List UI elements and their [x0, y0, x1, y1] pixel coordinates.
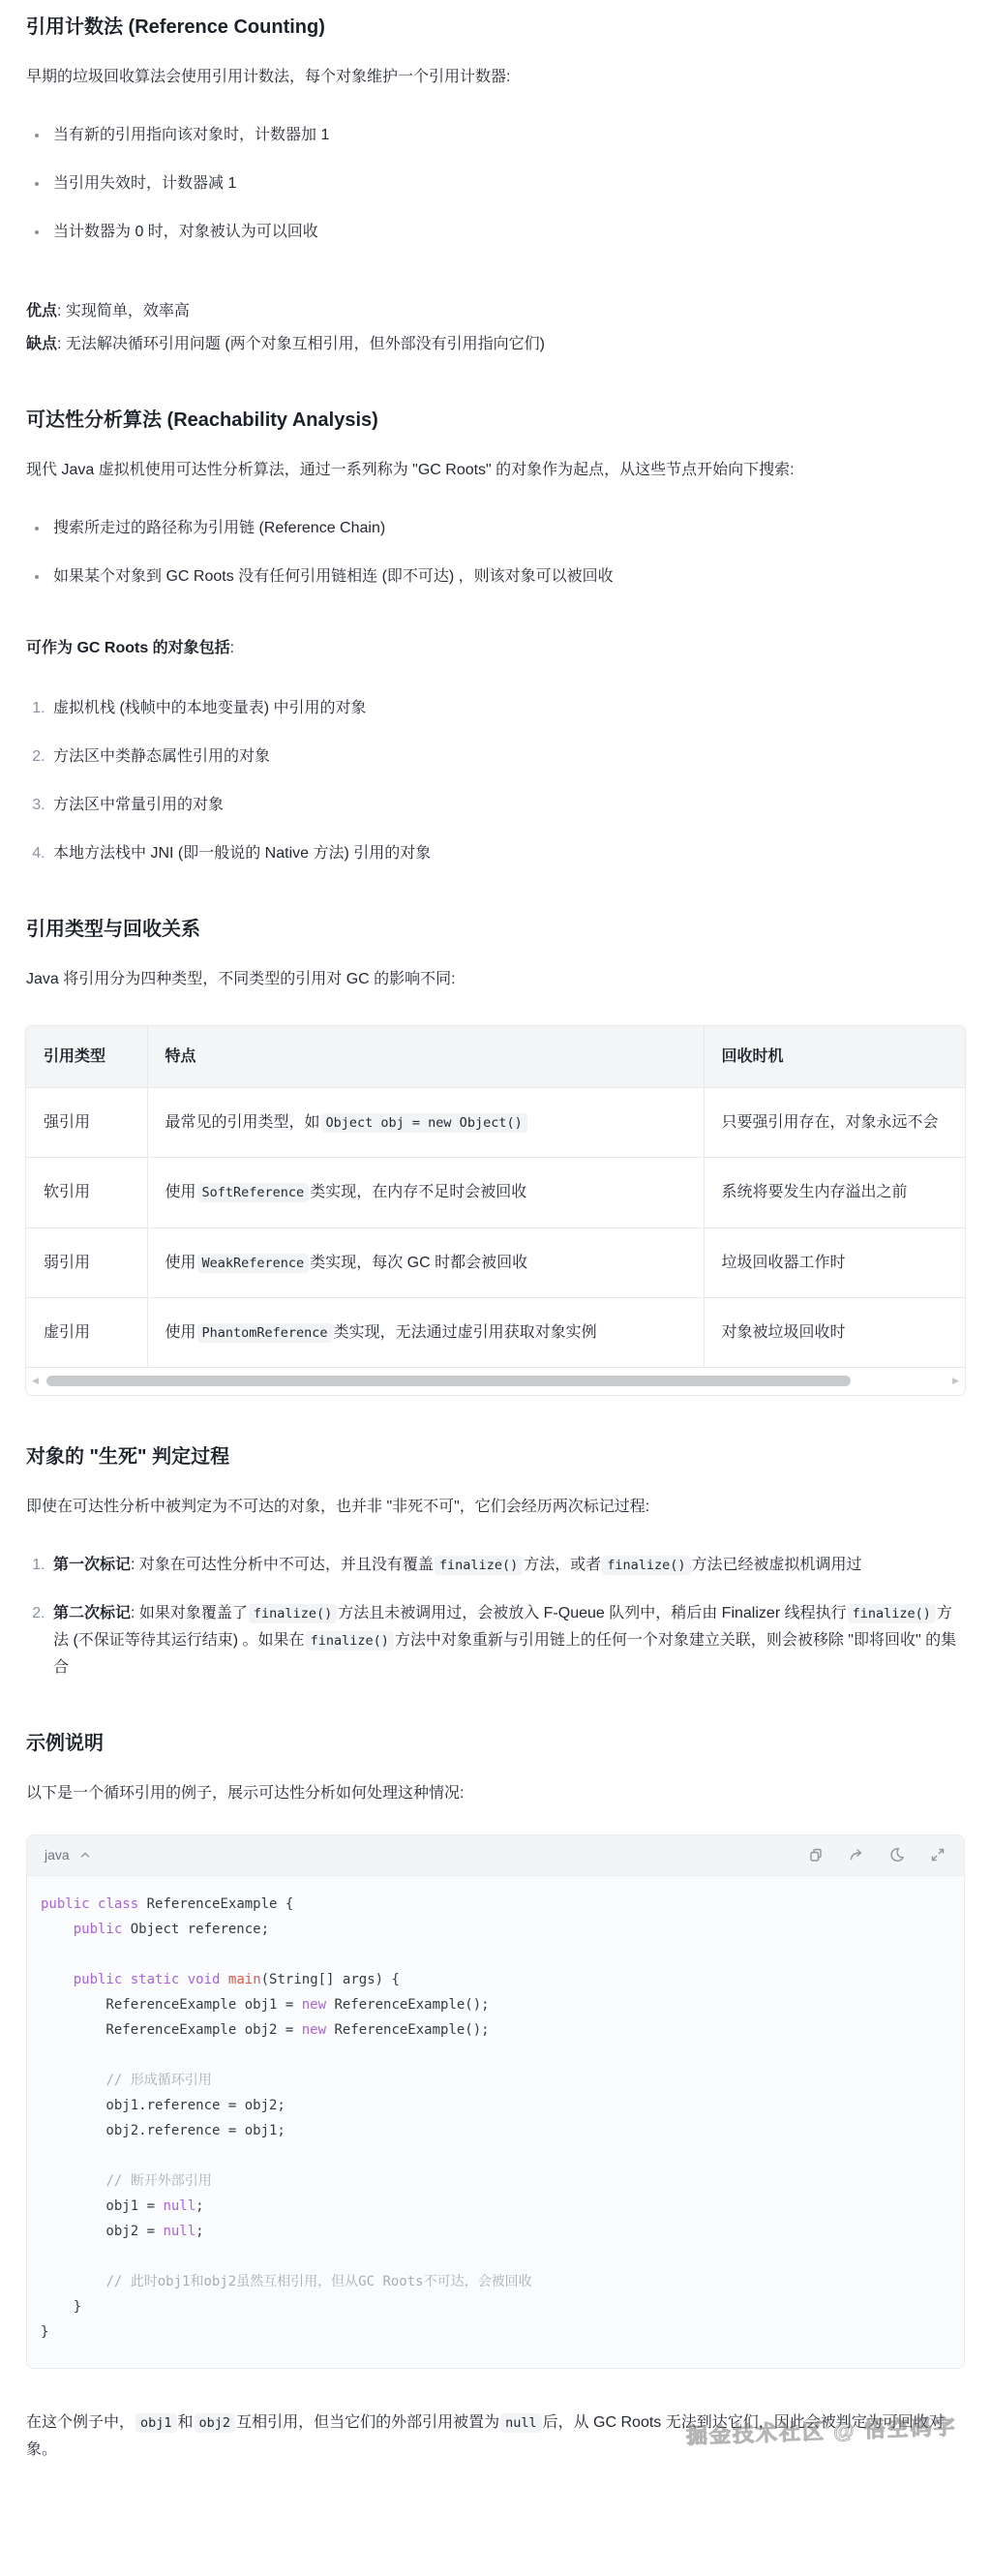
code-line: obj2 = null; [41, 2219, 950, 2244]
article-content: 引用计数法 (Reference Counting) 早期的垃圾回收算法会使用引… [0, 0, 991, 2489]
table-row: 软引用 使用SoftReference类实现，在内存不足时会被回收 系统将要发生… [26, 1158, 965, 1227]
expand-icon[interactable] [929, 1846, 946, 1864]
list-item: 方法区中类静态属性引用的对象 [49, 743, 965, 771]
cons-line: 缺点: 无法解决循环引用问题 (两个对象互相引用，但外部没有引用指向它们) [26, 331, 965, 358]
forward-arrow-icon[interactable] [848, 1846, 865, 1864]
list-item: 方法区中常量引用的对象 [49, 792, 965, 819]
code-line [41, 2143, 950, 2168]
reachability-intro: 现代 Java 虚拟机使用可达性分析算法，通过一系列称为 "GC Roots" … [26, 457, 965, 484]
pros-line: 优点: 实现简单，效率高 [26, 298, 965, 325]
cell-timing: 只要强引用存在，对象永远不会 [704, 1088, 965, 1158]
list-item: 本地方法栈中 JNI (即一般说的 Native 方法) 引用的对象 [49, 840, 965, 867]
code-line: ReferenceExample obj1 = new ReferenceExa… [41, 1992, 950, 2017]
code-block: java public class Referenc [26, 1834, 965, 2369]
column-header-timing: 回收时机 [704, 1026, 965, 1088]
code-line: // 形成循环引用 [41, 2068, 950, 2093]
code-line [41, 2043, 950, 2068]
section-title-lifecycle: 对象的 "生死" 判定过程 [26, 1443, 965, 1470]
cell-feature: 使用WeakReference类实现，每次 GC 时都会被回收 [147, 1227, 704, 1297]
gc-roots-label: 可作为 GC Roots 的对象包括: [26, 635, 965, 662]
outro-paragraph: 在这个例子中，obj1和obj2互相引用，但当它们的外部引用被置为null后，从… [26, 2409, 965, 2464]
moon-icon[interactable] [888, 1846, 906, 1864]
code-line: } [41, 2319, 950, 2345]
code-line: obj2.reference = obj1; [41, 2118, 950, 2143]
code-language-label: java [45, 1843, 70, 1867]
list-item: 第一次标记: 对象在可达性分析中不可达，并且没有覆盖finalize()方法，或… [49, 1552, 965, 1579]
outro-section: 在这个例子中，obj1和obj2互相引用，但当它们的外部引用被置为null后，从… [26, 2409, 965, 2464]
column-header-type: 引用类型 [26, 1026, 147, 1088]
cell-ref-type: 强引用 [26, 1088, 147, 1158]
list-item: 如果某个对象到 GC Roots 没有任何引用链相连 (即不可达) ，则该对象可… [49, 563, 965, 591]
horizontal-scrollbar[interactable]: ◀ ▶ [26, 1368, 965, 1395]
reference-table: 引用类型 特点 回收时机 强引用 最常见的引用类型，如Object obj = … [26, 1026, 965, 1368]
cell-feature: 使用SoftReference类实现，在内存不足时会被回收 [147, 1158, 704, 1227]
cell-timing: 对象被垃圾回收时 [704, 1297, 965, 1367]
lifecycle-intro: 即使在可达性分析中被判定为不可达的对象，也并非 "非死不可"，它们会经历两次标记… [26, 1494, 965, 1521]
copy-icon[interactable] [807, 1846, 825, 1864]
code-body: public class ReferenceExample { public O… [27, 1876, 964, 2368]
code-line: // 断开外部引用 [41, 2168, 950, 2194]
reference-table-container: 引用类型 特点 回收时机 强引用 最常见的引用类型，如Object obj = … [26, 1026, 965, 1395]
code-actions [807, 1846, 946, 1864]
code-line: ReferenceExample obj2 = new ReferenceExa… [41, 2017, 950, 2043]
code-line: } [41, 2294, 950, 2319]
cell-ref-type: 软引用 [26, 1158, 147, 1227]
section-title-ref-types: 引用类型与回收关系 [26, 916, 965, 943]
code-line: obj1.reference = obj2; [41, 2093, 950, 2118]
code-line: public static void main(String[] args) { [41, 1967, 950, 1992]
list-item: 搜索所走过的路径称为引用链 (Reference Chain) [49, 515, 965, 542]
code-line: // 此时obj1和obj2虽然互相引用，但从GC Roots不可达，会被回收 [41, 2269, 950, 2294]
section-title-example: 示例说明 [26, 1730, 965, 1757]
ref-counting-bullet-list: 当有新的引用指向该对象时，计数器加 1当引用失效时，计数器减 1当计数器为 0 … [26, 122, 965, 246]
code-line: obj1 = null; [41, 2194, 950, 2219]
code-line: public Object reference; [41, 1917, 950, 1942]
table-row: 弱引用 使用WeakReference类实现，每次 GC 时都会被回收 垃圾回收… [26, 1227, 965, 1297]
code-line [41, 2244, 950, 2269]
collapse-chevron-icon[interactable] [78, 1848, 92, 1862]
scrollbar-track[interactable] [44, 1376, 947, 1386]
reachability-bullet-list: 搜索所走过的路径称为引用链 (Reference Chain)如果某个对象到 G… [26, 515, 965, 591]
ref-counting-intro: 早期的垃圾回收算法会使用引用计数法，每个对象维护一个引用计数器: [26, 64, 965, 91]
list-item: 第二次标记: 如果对象覆盖了finalize()方法且未被调用过，会被放入 F-… [49, 1600, 965, 1682]
table-header-row: 引用类型 特点 回收时机 [26, 1026, 965, 1088]
code-line [41, 1942, 950, 1967]
section-title-reachability: 可达性分析算法 (Reachability Analysis) [26, 407, 965, 434]
cell-ref-type: 虚引用 [26, 1297, 147, 1367]
section-title-reference-counting: 引用计数法 (Reference Counting) [26, 14, 965, 41]
table-row: 强引用 最常见的引用类型，如Object obj = new Object() … [26, 1088, 965, 1158]
pros-cons-block: 优点: 实现简单，效率高 缺点: 无法解决循环引用问题 (两个对象互相引用，但外… [26, 298, 965, 358]
cell-feature: 最常见的引用类型，如Object obj = new Object() [147, 1088, 704, 1158]
cell-timing: 垃圾回收器工作时 [704, 1227, 965, 1297]
cell-timing: 系统将要发生内存溢出之前 [704, 1158, 965, 1227]
gc-roots-list: 虚拟机栈 (栈帧中的本地变量表) 中引用的对象方法区中类静态属性引用的对象方法区… [26, 695, 965, 867]
ref-types-intro: Java 将引用分为四种类型，不同类型的引用对 GC 的影响不同: [26, 966, 965, 993]
list-item: 当引用失效时，计数器减 1 [49, 170, 965, 197]
table-row: 虚引用 使用PhantomReference类实现，无法通过虚引用获取对象实例 … [26, 1297, 965, 1367]
cell-ref-type: 弱引用 [26, 1227, 147, 1297]
example-intro: 以下是一个循环引用的例子，展示可达性分析如何处理这种情况: [26, 1780, 965, 1807]
list-item: 虚拟机栈 (栈帧中的本地变量表) 中引用的对象 [49, 695, 965, 722]
cell-feature: 使用PhantomReference类实现，无法通过虚引用获取对象实例 [147, 1297, 704, 1367]
code-block-header: java [27, 1835, 964, 1876]
list-item: 当有新的引用指向该对象时，计数器加 1 [49, 122, 965, 149]
scroll-right-arrow[interactable]: ▶ [952, 1377, 959, 1385]
scroll-left-arrow[interactable]: ◀ [32, 1377, 39, 1385]
scrollbar-thumb[interactable] [46, 1376, 851, 1386]
table-scroll-area[interactable]: 引用类型 特点 回收时机 强引用 最常见的引用类型，如Object obj = … [26, 1026, 965, 1368]
list-item: 当计数器为 0 时，对象被认为可以回收 [49, 219, 965, 246]
column-header-feature: 特点 [147, 1026, 704, 1088]
lifecycle-steps-list: 第一次标记: 对象在可达性分析中不可达，并且没有覆盖finalize()方法，或… [26, 1552, 965, 1682]
code-line: public class ReferenceExample { [41, 1892, 950, 1917]
